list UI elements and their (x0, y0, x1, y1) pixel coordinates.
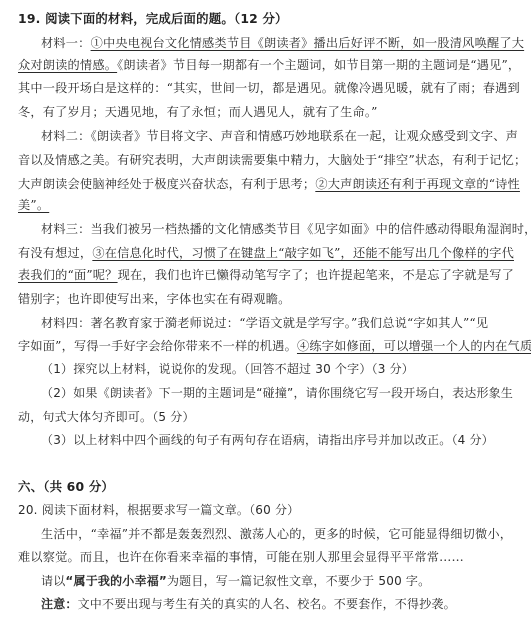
sub-question-2-line-1: （2）如果《朗读者》下一期的主题词是“碰撞”，请你围绕它写一段开场白，表达形象生 (41, 385, 513, 401)
question-20-heading: 20. 阅读下面材料，根据要求写一篇文章。（60 分） (18, 502, 299, 518)
material-1-label: 材料一： (41, 36, 91, 50)
note-label: 注意： (41, 597, 78, 611)
material-3-line-1: 材料三：当我们被另一档热播的文化情感类节目《见字如面》中的信件感动得眼角湿润时， (41, 221, 531, 237)
underlined-sentence-1-cont: 众对朗读的情感。 (18, 58, 117, 72)
underlined-sentence-3: ③在信息化时代，习惯了在键盘上“敲字如飞”，还能不能写出几个像样的字代 (92, 246, 514, 260)
material-2-line-4: 美”。 (18, 197, 49, 213)
material-1-line-2: 众对朗读的情感。《朗读者》节目每一期都有一个主题词，如节目第一期的主题词是“遇见… (18, 57, 520, 73)
underlined-sentence-2-cont: 美”。 (18, 198, 49, 212)
q20-paragraph-1-line-2: 难以察觉。而且，也许在你看来幸福的事情，可能在别人那里会显得平平常常…… (18, 549, 464, 565)
underlined-sentence-1: ①中央电视台文化情感类节目《朗读者》播出后好评不断，如一股清风唤醒了大 (91, 36, 525, 50)
material-4-text: 字如面”，写得一手好字会给你带来不一样的机遇。 (18, 339, 297, 353)
material-1-line-1: 材料一：①中央电视台文化情感类节目《朗读者》播出后好评不断，如一股清风唤醒了大 (41, 35, 524, 51)
material-3-line-4: 错别字；也许即使写出来，字体也实在有碍观瞻。 (18, 291, 291, 307)
material-3-text-2: 现在，我们也许已懒得动笔写字了；也许提起笔来，不是忘了字就是写了 (118, 268, 514, 282)
underlined-sentence-3-cont: 表我们的“面”呢？ (18, 268, 118, 282)
material-2-text: 大声朗读会使脑神经处于极度兴奋状态，有利于思考； (18, 177, 315, 191)
q20-note: 注意：文中不要出现与考生有关的真实的人名、校名。不要套作，不得抄袭。 (41, 596, 456, 612)
q20-paragraph-1-line-1: 生活中，“幸福”并不都是轰轰烈烈、激荡人心的，更多的时候，它可能显得细切微小， (41, 526, 512, 542)
material-1-text: 《朗读者》节目每一期都有一个主题词，如节目第一期的主题词是“遇见”， (117, 58, 520, 72)
note-text: 文中不要出现与考生有关的真实的人名、校名。不要套作，不得抄袭。 (78, 597, 456, 611)
sub-question-1: （1）探究以上材料，说说你的发现。（回答不超过 30 个字）（3 分） (41, 361, 414, 377)
section-6-heading: 六、（共 60 分） (18, 479, 114, 495)
q20-prompt: 请以“属于我的小幸福”为题目，写一篇记叙性文章，不要少于 500 字。 (41, 573, 430, 589)
material-3-line-2: 有没有想过，③在信息化时代，习惯了在键盘上“敲字如飞”，还能不能写出几个像样的字… (18, 245, 514, 261)
material-2-line-2: 音以及情感之美。有研究表明，大声朗读需要集中精力，大脑处于“排空”状态，有利于记… (18, 152, 526, 168)
material-4-line-2: 字如面”，写得一手好字会给你带来不一样的机遇。④练字如修面，可以增强一个人的内在… (18, 338, 531, 354)
prompt-prefix: 请以 (41, 574, 65, 588)
material-1-line-4: 冬，有了岁月；天遇见地，有了永恒；而人遇见人，就有了生命。” (18, 104, 378, 120)
material-4-line-1: 材料四：著名教育家于漪老师说过：“学语文就是学写字。”我们总说“字如其人”“见 (41, 315, 488, 331)
prompt-requirements: 为题目，写一篇记叙性文章，不要少于 500 字。 (167, 574, 430, 588)
sub-question-3: （3）以上材料中四个画线的句子有两句存在语病，请指出序号并加以改正。（4 分） (41, 432, 494, 448)
material-2-line-3: 大声朗读会使脑神经处于极度兴奋状态，有利于思考；②大声朗读还有利于再现文章的“诗… (18, 176, 520, 192)
underlined-sentence-4: ④练字如修面，可以增强一个人的内在气质。 (297, 339, 531, 353)
material-3-text: 有没有想过， (18, 246, 92, 260)
sub-question-2-line-2: 动，句式大体匀齐即可。（5 分） (18, 409, 195, 425)
essay-title: “属于我的小幸福” (65, 574, 167, 588)
material-1-line-3: 其中一段开场白是这样的：“其实，世间一切，都是遇见。就像冷遇见暖，就有了雨；春遇… (18, 80, 520, 96)
material-2-line-1: 材料二：《朗读者》节目将文字、声音和情感巧妙地联系在一起，让观众感受到文字、声 (41, 128, 518, 144)
underlined-sentence-2: ②大声朗读还有利于再现文章的“诗性 (315, 177, 520, 191)
question-19-heading: 19. 阅读下面的材料，完成后面的题。（12 分） (18, 11, 288, 27)
material-3-line-3: 表我们的“面”呢？现在，我们也许已懒得动笔写字了；也许提起笔来，不是忘了字就是写… (18, 267, 514, 283)
